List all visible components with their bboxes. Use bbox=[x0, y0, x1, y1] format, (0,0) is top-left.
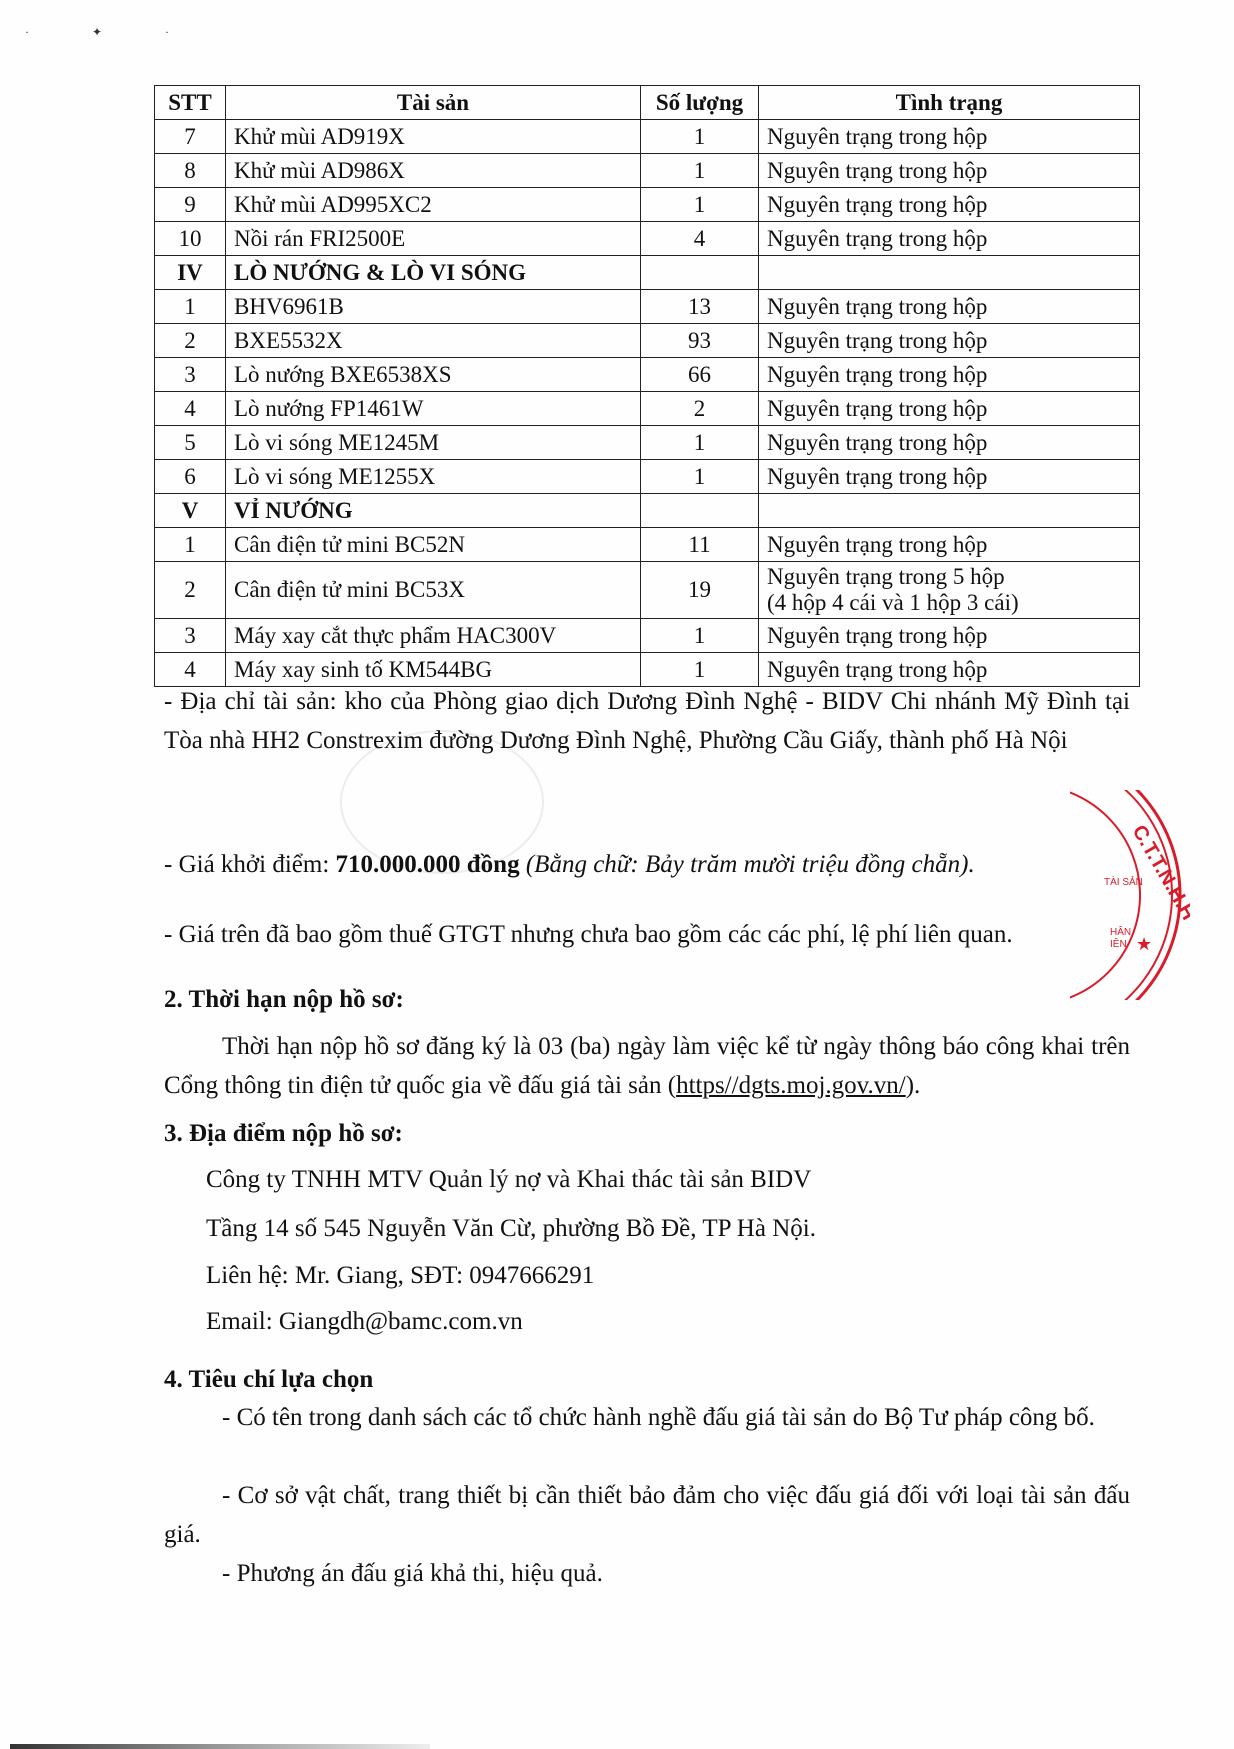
asset-cell: VỈ NƯỚNG bbox=[226, 494, 641, 528]
section4-title: 4. Tiêu chí lựa chọn bbox=[164, 1360, 1130, 1399]
section3-title: 3. Địa điểm nộp hồ sơ: bbox=[164, 1114, 1130, 1153]
header-asset: Tài sản bbox=[226, 86, 641, 120]
quantity-cell: 66 bbox=[641, 358, 759, 392]
status-cell: Nguyên trạng trong hộp bbox=[759, 358, 1140, 392]
asset-cell: Khử mùi AD919X bbox=[226, 120, 641, 154]
quantity-cell: 13 bbox=[641, 290, 759, 324]
status-cell: Nguyên trạng trong hộp bbox=[759, 392, 1140, 426]
stt-cell: 8 bbox=[155, 154, 226, 188]
table-row: 1BHV6961B13Nguyên trạng trong hộp bbox=[155, 290, 1140, 324]
quantity-cell: 1 bbox=[641, 120, 759, 154]
table-row: 4Lò nướng FP1461W2Nguyên trạng trong hộp bbox=[155, 392, 1140, 426]
section3-email: Email: Giangdh@bamc.com.vn bbox=[206, 1302, 1126, 1341]
asset-cell: Lò vi sóng ME1245M bbox=[226, 426, 641, 460]
section2-title: 2. Thời hạn nộp hồ sơ: bbox=[164, 980, 1130, 1019]
asset-cell: BXE5532X bbox=[226, 324, 641, 358]
asset-cell: Nồi rán FRI2500E bbox=[226, 222, 641, 256]
section3-address: Tầng 14 số 545 Nguyễn Văn Cừ, phường Bồ … bbox=[206, 1209, 1126, 1248]
quantity-cell: 1 bbox=[641, 188, 759, 222]
stt-cell: IV bbox=[155, 256, 226, 290]
quantity-cell bbox=[641, 494, 759, 528]
stt-cell: 1 bbox=[155, 290, 226, 324]
status-cell: Nguyên trạng trong hộp bbox=[759, 528, 1140, 562]
section3-company: Công ty TNHH MTV Quản lý nợ và Khai thác… bbox=[206, 1160, 1126, 1199]
table-body: 7Khử mùi AD919X1Nguyên trạng trong hộp8K… bbox=[155, 120, 1140, 687]
status-line: (4 hộp 4 cái và 1 hộp 3 cái) bbox=[767, 590, 1131, 616]
status-cell bbox=[759, 256, 1140, 290]
table-row: 7Khử mùi AD919X1Nguyên trạng trong hộp bbox=[155, 120, 1140, 154]
stt-cell: 1 bbox=[155, 528, 226, 562]
asset-cell: Máy xay cắt thực phẩm HAC300V bbox=[226, 619, 641, 653]
price-note: - Giá trên đã bao gồm thuế GTGT nhưng ch… bbox=[164, 915, 1130, 954]
stt-cell: 3 bbox=[155, 358, 226, 392]
table-row: 3Lò nướng BXE6538XS66Nguyên trạng trong … bbox=[155, 358, 1140, 392]
quantity-cell bbox=[641, 256, 759, 290]
quantity-cell: 19 bbox=[641, 562, 759, 619]
table-row: 2BXE5532X93Nguyên trạng trong hộp bbox=[155, 324, 1140, 358]
stt-cell: 10 bbox=[155, 222, 226, 256]
table-row: 10Nồi rán FRI2500E4Nguyên trạng trong hộ… bbox=[155, 222, 1140, 256]
section2-tail: ). bbox=[906, 1072, 921, 1099]
status-cell: Nguyên trạng trong hộp bbox=[759, 188, 1140, 222]
status-cell: Nguyên trạng trong hộp bbox=[759, 460, 1140, 494]
quantity-cell: 2 bbox=[641, 392, 759, 426]
status-cell: Nguyên trạng trong hộp bbox=[759, 222, 1140, 256]
section3-contact: Liên hệ: Mr. Giang, SĐT: 0947666291 bbox=[206, 1256, 1126, 1295]
table-header-row: STT Tài sản Số lượng Tình trạng bbox=[155, 86, 1140, 120]
stt-cell: V bbox=[155, 494, 226, 528]
criteria-item: - Cơ sở vật chất, trang thiết bị cần thi… bbox=[164, 1476, 1130, 1554]
asset-cell: Cân điện tử mini BC53X bbox=[226, 562, 641, 619]
stt-cell: 6 bbox=[155, 460, 226, 494]
company-stamp: C.T.T.N.H.H TÀI SẢN HÂN IÊN ★ bbox=[1070, 790, 1190, 1000]
status-cell: Nguyên trạng trong hộp bbox=[759, 120, 1140, 154]
stt-cell: 9 bbox=[155, 188, 226, 222]
quantity-cell: 1 bbox=[641, 426, 759, 460]
asset-cell: Lò vi sóng ME1255X bbox=[226, 460, 641, 494]
quantity-cell: 93 bbox=[641, 324, 759, 358]
asset-cell: Khử mùi AD995XC2 bbox=[226, 188, 641, 222]
table-row: 3Máy xay cắt thực phẩm HAC300V1Nguyên tr… bbox=[155, 619, 1140, 653]
status-cell: Nguyên trạng trong hộp bbox=[759, 324, 1140, 358]
asset-cell: Cân điện tử mini BC52N bbox=[226, 528, 641, 562]
asset-cell: Lò nướng BXE6538XS bbox=[226, 358, 641, 392]
table-row: 5Lò vi sóng ME1245M1Nguyên trạng trong h… bbox=[155, 426, 1140, 460]
asset-cell: Khử mùi AD986X bbox=[226, 154, 641, 188]
table-row: 6Lò vi sóng ME1255X1Nguyên trạng trong h… bbox=[155, 460, 1140, 494]
status-cell: Nguyên trạng trong hộp bbox=[759, 154, 1140, 188]
quantity-cell: 4 bbox=[641, 222, 759, 256]
svg-text:HÂN: HÂN bbox=[1110, 925, 1131, 938]
asset-cell: Lò nướng FP1461W bbox=[226, 392, 641, 426]
status-cell: Nguyên trạng trong hộp bbox=[759, 426, 1140, 460]
scan-specks: · ✦ · bbox=[25, 25, 199, 40]
quantity-cell: 1 bbox=[641, 154, 759, 188]
stt-cell: 2 bbox=[155, 324, 226, 358]
asset-table: STT Tài sản Số lượng Tình trạng 7Khử mùi… bbox=[154, 85, 1140, 687]
criteria-item: - Có tên trong danh sách các tổ chức hàn… bbox=[164, 1398, 1130, 1437]
table-row: 8Khử mùi AD986X1Nguyên trạng trong hộp bbox=[155, 154, 1140, 188]
scan-edge bbox=[10, 1744, 430, 1749]
price-label: - Giá khởi điểm: bbox=[164, 851, 336, 878]
asset-cell: BHV6961B bbox=[226, 290, 641, 324]
section2-body: Thời hạn nộp hồ sơ đăng ký là 03 (ba) ng… bbox=[164, 1033, 1130, 1099]
stt-cell: 7 bbox=[155, 120, 226, 154]
status-cell: Nguyên trạng trong hộp bbox=[759, 619, 1140, 653]
stt-cell: 2 bbox=[155, 562, 226, 619]
table-row: 9Khử mùi AD995XC21Nguyên trạng trong hộp bbox=[155, 188, 1140, 222]
table-section-row: IVLÒ NƯỚNG & LÒ VI SÓNG bbox=[155, 256, 1140, 290]
asset-cell: LÒ NƯỚNG & LÒ VI SÓNG bbox=[226, 256, 641, 290]
stt-cell: 4 bbox=[155, 392, 226, 426]
stt-cell: 5 bbox=[155, 426, 226, 460]
quantity-cell: 1 bbox=[641, 619, 759, 653]
status-line: Nguyên trạng trong 5 hộp bbox=[767, 564, 1131, 590]
header-stt: STT bbox=[155, 86, 226, 120]
asset-address: - Địa chỉ tài sản: kho của Phòng giao dị… bbox=[164, 682, 1130, 760]
quantity-cell: 1 bbox=[641, 460, 759, 494]
header-quantity: Số lượng bbox=[641, 86, 759, 120]
svg-text:★: ★ bbox=[1136, 934, 1152, 954]
status-cell: Nguyên trạng trong hộp bbox=[759, 290, 1140, 324]
price-words: (Bằng chữ: Bảy trăm mười triệu đồng chẵn… bbox=[520, 851, 975, 878]
table-section-row: VVỈ NƯỚNG bbox=[155, 494, 1140, 528]
starting-price: - Giá khởi điểm: 710.000.000 đồng (Bằng … bbox=[164, 845, 1130, 884]
svg-text:TÀI SẢN: TÀI SẢN bbox=[1104, 875, 1143, 888]
portal-link[interactable]: https//dgts.moj.gov.vn/ bbox=[676, 1072, 906, 1099]
svg-text:IÊN: IÊN bbox=[1110, 937, 1127, 950]
table-row: 2Cân điện tử mini BC53X19Nguyên trạng tr… bbox=[155, 562, 1140, 619]
price-amount: 710.000.000 đồng bbox=[336, 851, 520, 878]
status-cell: Nguyên trạng trong 5 hộp(4 hộp 4 cái và … bbox=[759, 562, 1140, 619]
quantity-cell: 11 bbox=[641, 528, 759, 562]
criteria-item: - Phương án đấu giá khả thi, hiệu quả. bbox=[164, 1554, 1130, 1593]
section2-text: Thời hạn nộp hồ sơ đăng ký là 03 (ba) ng… bbox=[164, 1027, 1130, 1105]
table-row: 1Cân điện tử mini BC52N11Nguyên trạng tr… bbox=[155, 528, 1140, 562]
header-status: Tình trạng bbox=[759, 86, 1140, 120]
status-cell bbox=[759, 494, 1140, 528]
stt-cell: 3 bbox=[155, 619, 226, 653]
